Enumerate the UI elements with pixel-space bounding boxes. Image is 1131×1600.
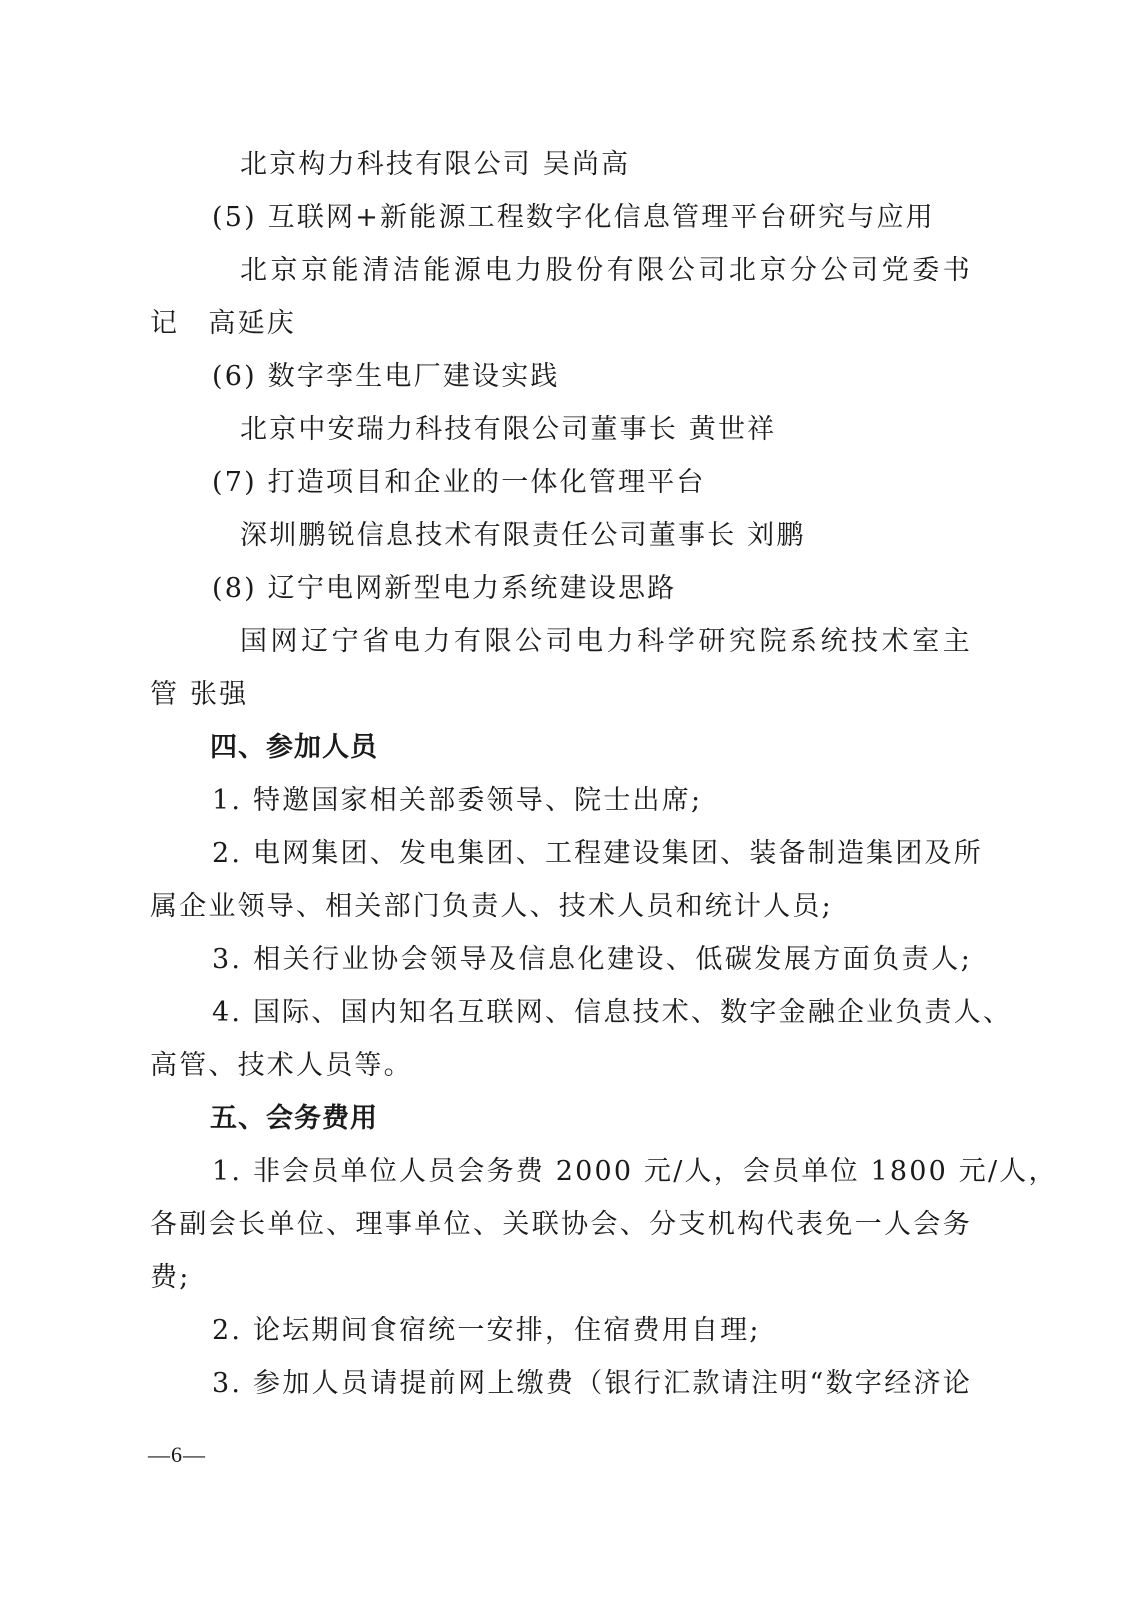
participants-item-4-continuation: 高管、技术人员等。 bbox=[150, 1039, 972, 1092]
document-page: 北京构力科技有限公司 吴尚高 (5) 互联网+新能源工程数字化信息管理平台研究与… bbox=[150, 138, 972, 1410]
section-heading-fees: 五、会务费用 bbox=[150, 1092, 972, 1145]
agenda-item-6: (6) 数字孪生电厂建设实践 bbox=[150, 350, 972, 403]
fees-item-1: 1. 非会员单位人员会务费 2000 元/人，会员单位 1800 元/人， bbox=[150, 1145, 972, 1198]
agenda-item-5: (5) 互联网+新能源工程数字化信息管理平台研究与应用 bbox=[150, 191, 972, 244]
fees-item-1-continuation: 费; bbox=[150, 1251, 972, 1304]
speaker-org-line: 北京中安瑞力科技有限公司董事长 黄世祥 bbox=[150, 403, 972, 456]
agenda-item-7: (7) 打造项目和企业的一体化管理平台 bbox=[150, 456, 972, 509]
participants-item-2-continuation: 属企业领导、相关部门负责人、技术人员和统计人员; bbox=[150, 880, 972, 933]
speaker-org-continuation: 记 高延庆 bbox=[150, 297, 972, 350]
speaker-org-line: 深圳鹏锐信息技术有限责任公司董事长 刘鹏 bbox=[150, 509, 972, 562]
fees-item-3: 3. 参加人员请提前网上缴费（银行汇款请注明“数字经济论 bbox=[150, 1357, 972, 1410]
participants-item-2: 2. 电网集团、发电集团、工程建设集团、装备制造集团及所 bbox=[150, 827, 972, 880]
page-number: —6— bbox=[148, 1442, 206, 1468]
participants-item-3: 3. 相关行业协会领导及信息化建设、低碳发展方面负责人; bbox=[150, 933, 972, 986]
fees-item-2: 2. 论坛期间食宿统一安排，住宿费用自理; bbox=[150, 1304, 972, 1357]
speaker-org-continuation: 管 张强 bbox=[150, 668, 972, 721]
agenda-item-8: (8) 辽宁电网新型电力系统建设思路 bbox=[150, 562, 972, 615]
section-heading-participants: 四、参加人员 bbox=[150, 721, 972, 774]
speaker-org-line: 国网辽宁省电力有限公司电力科学研究院系统技术室主 bbox=[150, 615, 972, 668]
participants-item-1: 1. 特邀国家相关部委领导、院士出席; bbox=[150, 774, 972, 827]
fees-item-1-continuation: 各副会长单位、理事单位、关联协会、分支机构代表免一人会务 bbox=[150, 1198, 972, 1251]
participants-item-4: 4. 国际、国内知名互联网、信息技术、数字金融企业负责人、 bbox=[150, 986, 972, 1039]
speaker-org-line: 北京构力科技有限公司 吴尚高 bbox=[150, 138, 972, 191]
speaker-org-line: 北京京能清洁能源电力股份有限公司北京分公司党委书 bbox=[150, 244, 972, 297]
